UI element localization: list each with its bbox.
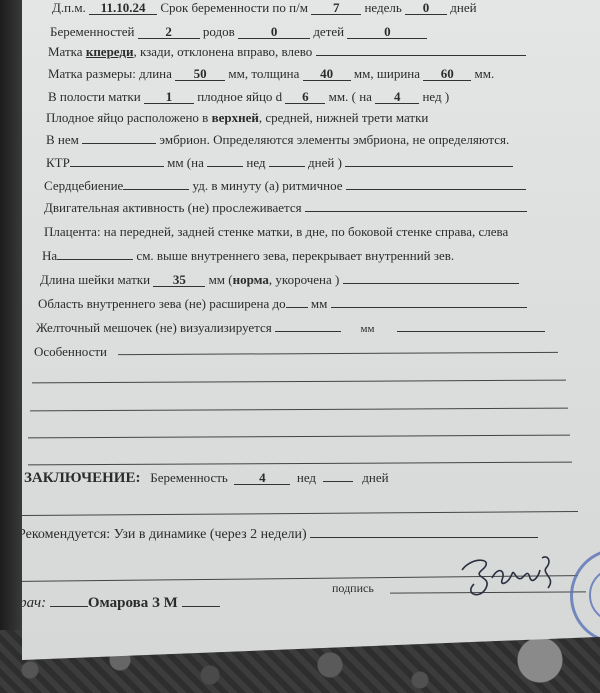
features-line-5[interactable] bbox=[28, 462, 572, 466]
row-heartbeat: Сердцебиение уд. в минуту (а) ритмичное bbox=[44, 178, 526, 194]
row-conclusion: ЗАКЛЮЧЕНИЕ: Беременность 4 нед дней bbox=[24, 470, 389, 487]
row-placenta-height: На см. выше внутреннего зева, перекрывае… bbox=[42, 248, 454, 264]
yolk-sac-field[interactable] bbox=[275, 331, 341, 332]
row-sac-location: Плодное яйцо расположено в верхней, сред… bbox=[46, 110, 428, 126]
ktr-note-field[interactable] bbox=[345, 166, 513, 167]
uterus-length-field[interactable]: 50 bbox=[175, 67, 225, 81]
row-pregnancies: Беременностей 2 родов 0 детей 0 bbox=[50, 24, 427, 40]
uterus-width-field[interactable]: 60 bbox=[423, 67, 471, 81]
row-gestational-sac: В полости матки 1 плодное яйцо d 6 мм. (… bbox=[48, 89, 449, 105]
row-internal-os: Область внутреннего зева (не) расширена … bbox=[38, 296, 527, 312]
sac-count-field[interactable]: 1 bbox=[144, 90, 194, 104]
background-edge bbox=[0, 0, 22, 693]
ktr-field[interactable] bbox=[70, 166, 164, 167]
row-ktr: КТР мм (на нед дней ) bbox=[46, 155, 513, 171]
heartbeat-field[interactable] bbox=[123, 189, 189, 190]
signature-icon bbox=[452, 548, 572, 608]
dpm-field[interactable]: 11.10.24 bbox=[89, 1, 157, 15]
row-dpm: Д.п.м. 11.10.24 Срок беременности по п/м… bbox=[52, 0, 477, 16]
internal-os-field[interactable] bbox=[286, 307, 308, 308]
sac-diameter-field[interactable]: 6 bbox=[285, 90, 325, 104]
recommendation-field[interactable] bbox=[310, 537, 538, 538]
features-line-4[interactable] bbox=[28, 435, 570, 439]
row-yolk-sac: Желточный мешочек (не) визуализируется м… bbox=[36, 320, 545, 336]
uterus-thickness-field[interactable]: 40 bbox=[303, 67, 351, 81]
row-cervix-length: Длина шейки матки 35 мм (норма, укорочен… bbox=[40, 272, 519, 288]
stamp-icon bbox=[570, 548, 600, 644]
yolk-sac-note-field[interactable] bbox=[397, 331, 545, 332]
row-motor-activity: Двигательная активность (не) прослеживае… bbox=[44, 200, 527, 216]
cervix-length-field[interactable]: 35 bbox=[153, 273, 205, 287]
pregnancies-field[interactable]: 2 bbox=[138, 25, 200, 39]
heartbeat-note-field[interactable] bbox=[346, 189, 526, 190]
ktr-weeks-field[interactable] bbox=[207, 166, 243, 167]
uterus-position-selected: кпереди bbox=[86, 44, 134, 59]
embryo-field[interactable] bbox=[82, 143, 156, 144]
row-uterus-position: Матка кпереди, кзади, отклонена вправо, … bbox=[48, 44, 526, 60]
features-line-3[interactable] bbox=[30, 408, 568, 412]
row-uterus-size: Матка размеры: длина 50 мм, толщина 40 м… bbox=[48, 66, 494, 82]
row-features: Особенности bbox=[34, 344, 107, 360]
row-doctor: Врач: Омарова З М bbox=[10, 595, 220, 612]
children-field[interactable]: 0 bbox=[347, 25, 427, 39]
features-line-2[interactable] bbox=[32, 380, 566, 384]
births-field[interactable]: 0 bbox=[238, 25, 310, 39]
conclusion-line[interactable] bbox=[22, 511, 578, 516]
ultrasound-report-paper: Д.п.м. 11.10.24 Срок беременности по п/м… bbox=[22, 0, 600, 660]
conclusion-label: ЗАКЛЮЧЕНИЕ: bbox=[24, 470, 140, 486]
features-line-1[interactable] bbox=[118, 352, 558, 355]
internal-os-note-field[interactable] bbox=[331, 307, 527, 308]
doctor-name: Омарова З М bbox=[88, 595, 178, 611]
sac-weeks-field[interactable]: 4 bbox=[375, 90, 419, 104]
signature-label: подпись bbox=[332, 581, 374, 596]
row-placenta: Плацента: на передней, задней стенке мат… bbox=[44, 224, 508, 240]
sac-location-selected: верхней bbox=[212, 110, 259, 125]
cervix-note-field[interactable] bbox=[343, 283, 519, 284]
placenta-height-field[interactable] bbox=[57, 259, 133, 260]
term-weeks-field[interactable]: 7 bbox=[311, 1, 361, 15]
conclusion-days-field[interactable] bbox=[323, 481, 353, 482]
uterus-position-field[interactable] bbox=[316, 55, 526, 56]
cervix-status-selected: норма bbox=[233, 272, 269, 287]
term-days-field[interactable]: 0 bbox=[405, 1, 447, 15]
ktr-days-field[interactable] bbox=[269, 166, 305, 167]
row-embryo: В нем эмбрион. Определяются элементы эмб… bbox=[46, 132, 509, 148]
conclusion-weeks-field[interactable]: 4 bbox=[234, 471, 290, 485]
motor-activity-field[interactable] bbox=[305, 211, 527, 212]
row-recommendation: Рекомендуется: Узи в динамике (через 2 н… bbox=[18, 527, 538, 543]
